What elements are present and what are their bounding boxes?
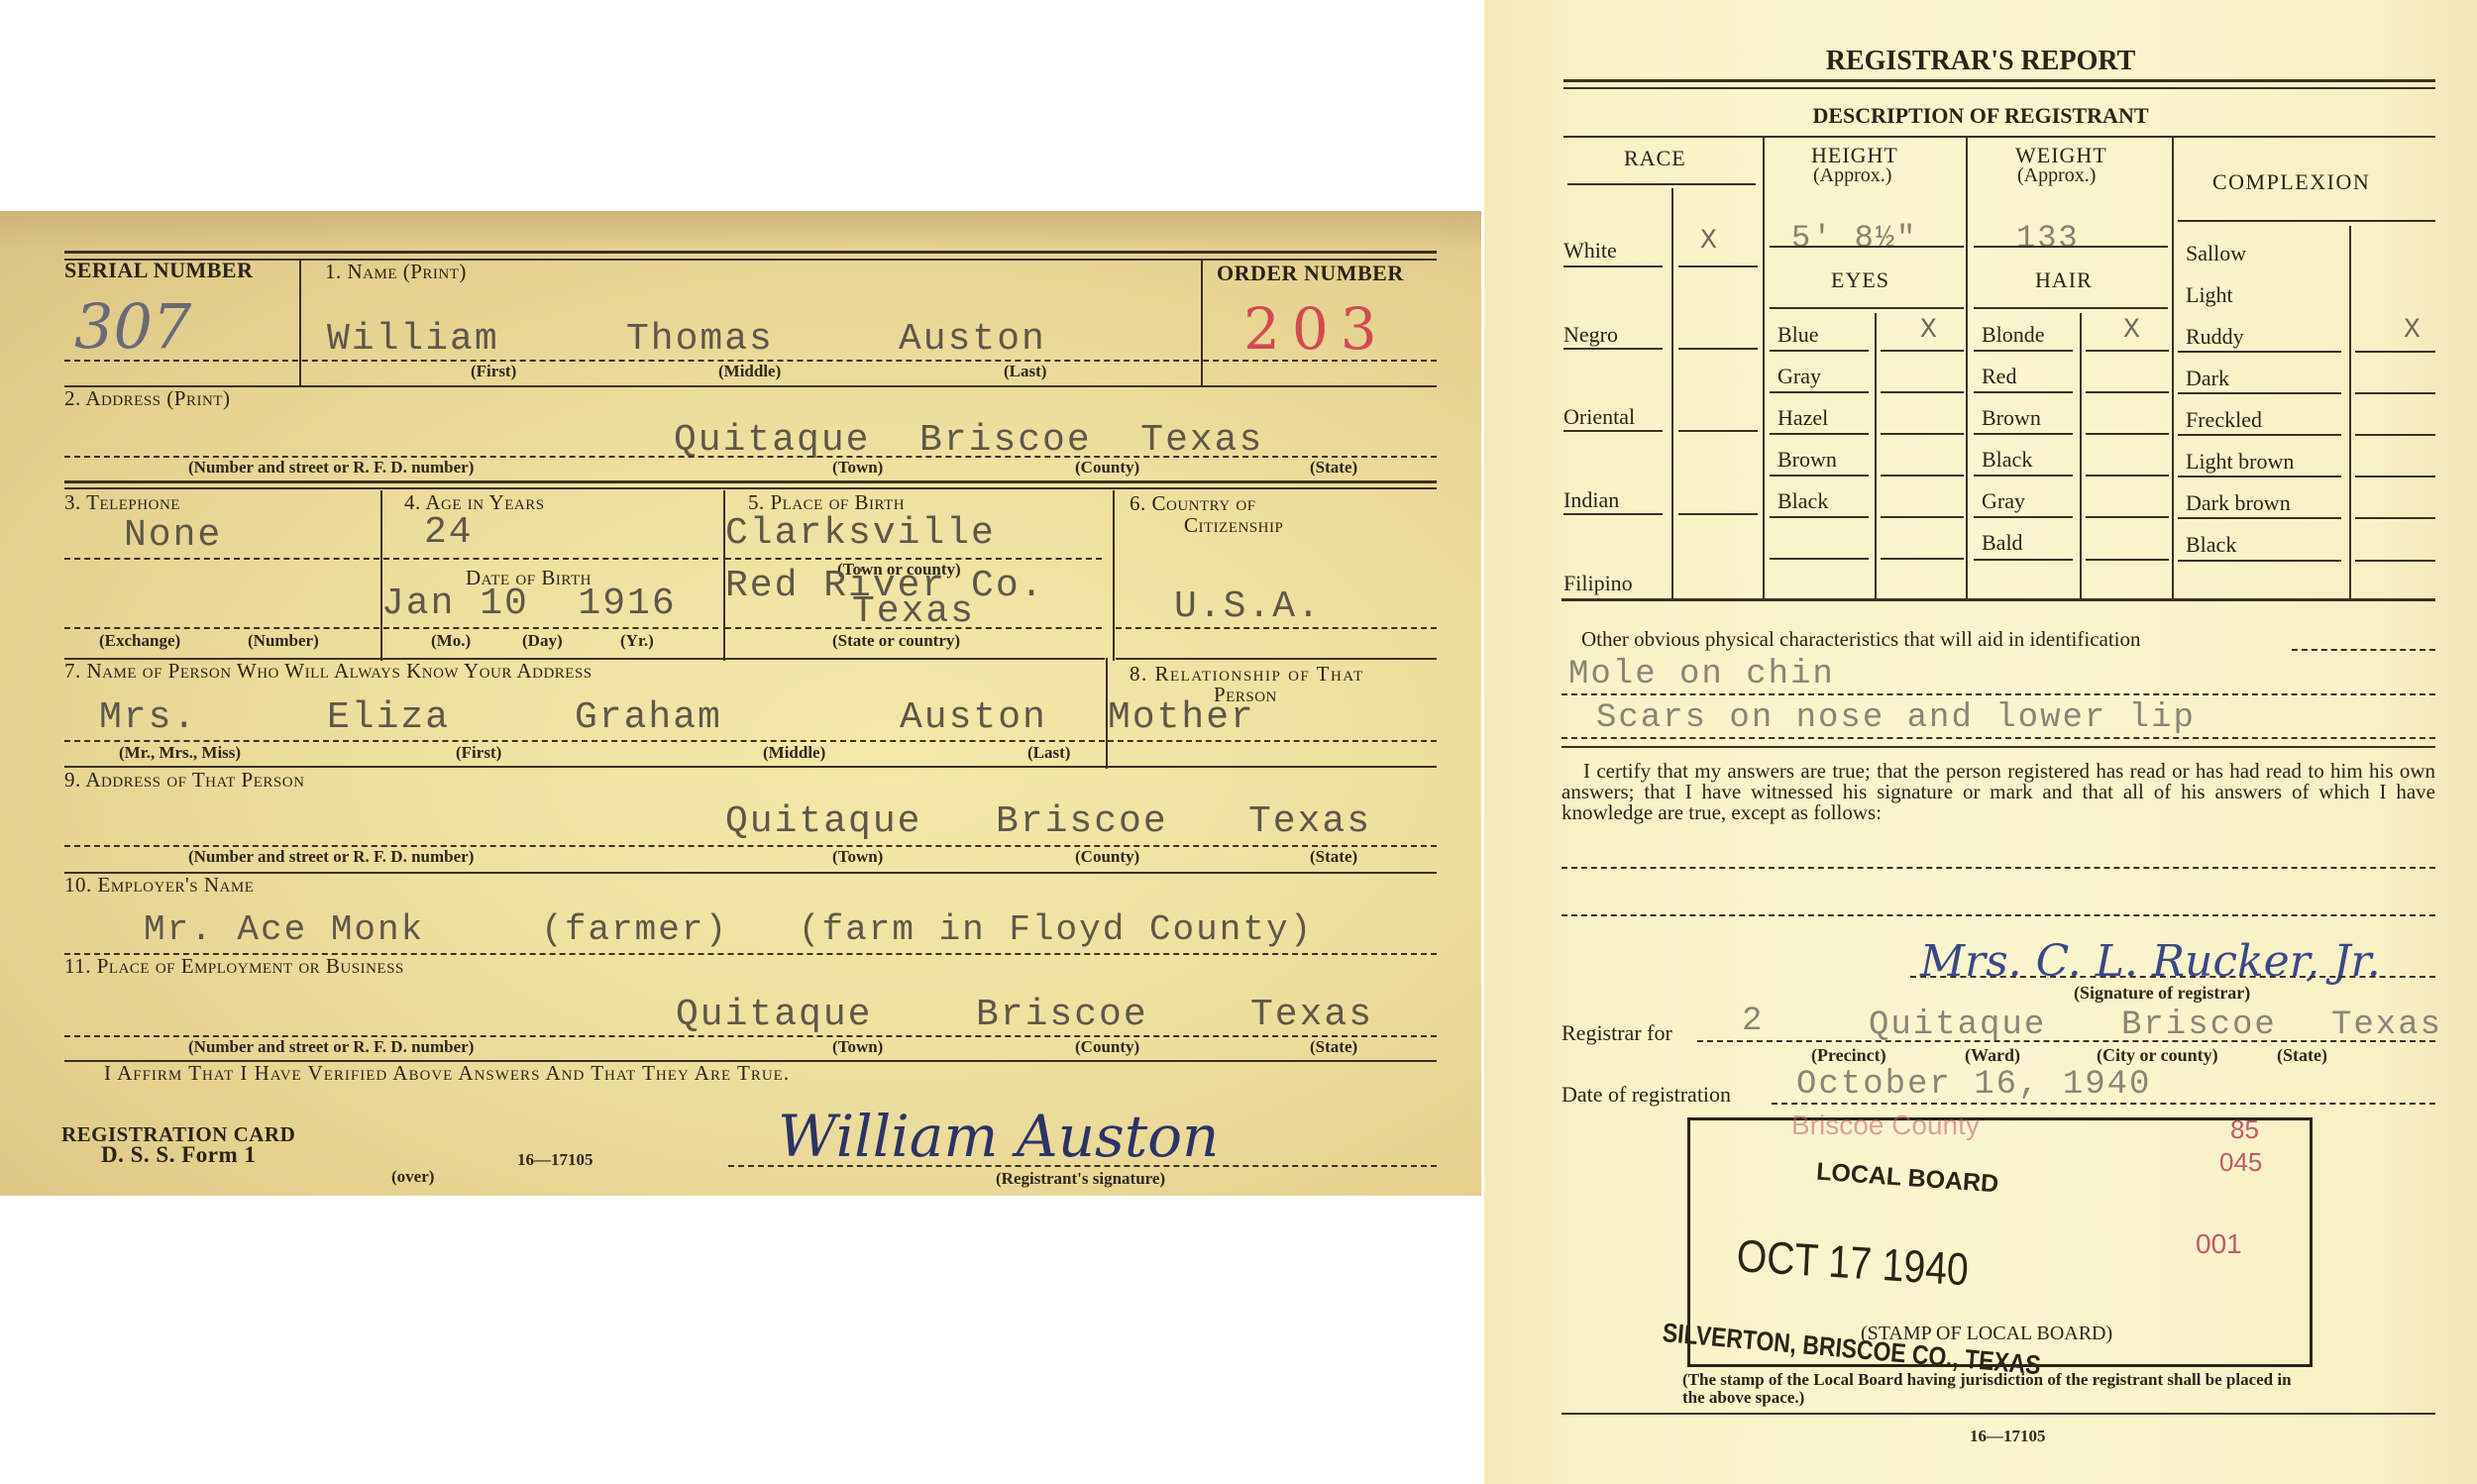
year-caption: (Yr.) bbox=[620, 631, 654, 651]
weight-value: 133 bbox=[2016, 220, 2080, 257]
eyes-header: EYES bbox=[1831, 267, 1889, 293]
complexion-check-mark: X bbox=[2404, 315, 2421, 346]
dotted-line bbox=[2292, 649, 2435, 651]
complexion-option-ruddy: Ruddy bbox=[2186, 324, 2244, 350]
registration-card-front: SERIAL NUMBER 307 1. Name (Print) Willia… bbox=[0, 211, 1481, 1196]
address-label: 2. Address (Print) bbox=[64, 386, 230, 411]
divider bbox=[1974, 350, 2073, 352]
divider bbox=[1562, 746, 2435, 748]
divider bbox=[64, 487, 1437, 489]
dotted-line bbox=[1562, 737, 2435, 739]
employer-value: Mr. Ace Monk (farmer) (farm in Floyd Cou… bbox=[144, 909, 1313, 950]
characteristic-line-2: Scars on nose and lower lip bbox=[1596, 699, 2196, 737]
contact-address-town: Quitaque bbox=[725, 800, 921, 843]
over-note: (over) bbox=[391, 1167, 434, 1187]
hair-check-mark: X bbox=[2123, 315, 2140, 346]
eye-option-hazel: Hazel bbox=[1777, 405, 1828, 431]
complexion-option-sallow: Sallow bbox=[2186, 241, 2246, 266]
hair-option-black: Black bbox=[1982, 447, 2032, 473]
divider bbox=[64, 872, 1437, 874]
height-value: 5' 8½" bbox=[1791, 220, 1917, 257]
city-caption: (City or county) bbox=[2097, 1045, 2218, 1066]
dotted-line bbox=[1108, 740, 1437, 742]
eye-option-gray: Gray bbox=[1777, 364, 1821, 389]
divider bbox=[2178, 517, 2341, 519]
divider bbox=[2086, 559, 2169, 561]
dotted-line bbox=[64, 740, 1105, 742]
employment-county: Briscoe bbox=[976, 994, 1148, 1036]
divider bbox=[1671, 188, 1673, 598]
complexion-option-dark-brown: Dark brown bbox=[2186, 490, 2291, 516]
dotted-line bbox=[1910, 976, 2435, 978]
telephone-label: 3. Telephone bbox=[64, 490, 180, 515]
number-caption: (Number) bbox=[248, 631, 319, 651]
name-last: Auston bbox=[899, 318, 1046, 361]
divider bbox=[2080, 313, 2082, 598]
divider bbox=[1562, 598, 2435, 601]
dotted-line bbox=[1562, 914, 2435, 916]
divider bbox=[1563, 136, 2435, 138]
height-approx: (Approx.) bbox=[1813, 164, 1891, 187]
registrar-county: Briscoe bbox=[2121, 1007, 2277, 1044]
divider bbox=[2178, 351, 2341, 353]
divider bbox=[2172, 138, 2174, 598]
divider bbox=[1974, 559, 2073, 561]
employment-street-caption: (Number and street or R. F. D. number) bbox=[188, 1037, 474, 1057]
citizenship-label-2: Citizenship bbox=[1184, 513, 1283, 538]
signature-caption: (Registrant's signature) bbox=[996, 1169, 1165, 1189]
hair-option-gray: Gray bbox=[1982, 488, 2025, 514]
divider bbox=[1974, 475, 2073, 477]
certification-text: I certify that my answers are true; that… bbox=[1562, 761, 2435, 823]
dotted-line bbox=[1116, 627, 1437, 629]
contact-address-label: 9. Address of That Person bbox=[64, 768, 304, 793]
month-caption: (Mo.) bbox=[431, 631, 471, 651]
divider bbox=[1881, 433, 1964, 435]
birth-town: Clarksville bbox=[725, 512, 996, 555]
description-title: DESCRIPTION OF REGISTRANT bbox=[1484, 103, 2477, 129]
divider bbox=[64, 385, 1437, 387]
day-caption: (Day) bbox=[522, 631, 563, 651]
complexion-option-freckled: Freckled bbox=[2186, 407, 2262, 433]
name-first: William bbox=[327, 318, 499, 361]
print-code: 16—17105 bbox=[517, 1150, 593, 1170]
divider bbox=[380, 490, 382, 661]
divider bbox=[64, 251, 1437, 254]
race-option-negro: Negro bbox=[1563, 322, 1618, 348]
employment-county-caption: (County) bbox=[1075, 1037, 1139, 1057]
birth-state-caption: (State or country) bbox=[832, 631, 960, 651]
divider bbox=[1974, 433, 2073, 435]
address-county-caption: (County) bbox=[1075, 458, 1139, 477]
divider bbox=[1763, 138, 1765, 598]
name-label: 1. Name (Print) bbox=[325, 260, 467, 284]
divider bbox=[1875, 313, 1877, 598]
divider bbox=[1113, 490, 1115, 661]
divider bbox=[2349, 226, 2351, 598]
race-header: RACE bbox=[1624, 146, 1686, 171]
divider bbox=[2178, 392, 2341, 394]
contact-town-caption: (Town) bbox=[832, 847, 883, 867]
divider bbox=[2355, 517, 2435, 519]
stamp-note: (The stamp of the Local Board having jur… bbox=[1682, 1371, 2316, 1407]
divider bbox=[1966, 138, 1968, 598]
divider bbox=[299, 259, 301, 387]
divider bbox=[2178, 560, 2341, 562]
divider bbox=[1881, 350, 1964, 352]
divider bbox=[1678, 348, 1758, 350]
race-option-indian: Indian bbox=[1563, 487, 1619, 513]
divider bbox=[2178, 476, 2341, 477]
divider bbox=[1770, 516, 1869, 518]
divider bbox=[1770, 475, 1869, 477]
contact-title-caption: (Mr., Mrs., Miss) bbox=[119, 743, 241, 763]
date-of-registration-value: October 16, 1940 bbox=[1796, 1066, 2151, 1104]
complexion-header: COMPLEXION bbox=[2212, 169, 2370, 195]
divider bbox=[64, 480, 1437, 483]
name-middle: Thomas bbox=[626, 318, 774, 361]
address-state-caption: (State) bbox=[1310, 458, 1357, 477]
name-last-caption: (Last) bbox=[1004, 362, 1046, 381]
date-of-birth-value: Jan 10 1916 bbox=[381, 583, 677, 625]
hair-option-red: Red bbox=[1982, 364, 2016, 389]
contact-county-caption: (County) bbox=[1075, 847, 1139, 867]
registrant-signature: William Auston bbox=[778, 1103, 1219, 1170]
divider bbox=[2086, 350, 2169, 352]
divider bbox=[2086, 516, 2169, 518]
red-stamp-code-2: 045 bbox=[2219, 1147, 2262, 1178]
state-caption: (State) bbox=[2277, 1045, 2327, 1066]
dotted-line bbox=[64, 627, 718, 629]
complexion-option-dark: Dark bbox=[2186, 366, 2229, 391]
divider bbox=[1881, 475, 1964, 477]
ward-caption: (Ward) bbox=[1965, 1045, 2020, 1066]
divider bbox=[2355, 434, 2435, 436]
name-middle-caption: (Middle) bbox=[718, 362, 781, 381]
employment-town: Quitaque bbox=[676, 994, 872, 1036]
contact-title: Mrs. bbox=[99, 696, 197, 739]
divider bbox=[1563, 430, 1663, 432]
dotted-line bbox=[725, 627, 1102, 629]
divider bbox=[1563, 348, 1663, 350]
contact-address-county: Briscoe bbox=[996, 800, 1168, 843]
divider bbox=[1974, 391, 2073, 393]
divider bbox=[2355, 476, 2435, 477]
divider bbox=[2178, 434, 2341, 436]
registrar-precinct: 2 bbox=[1742, 1003, 1764, 1040]
divider bbox=[1770, 246, 1964, 248]
divider bbox=[1881, 516, 1964, 518]
divider bbox=[1974, 307, 2168, 309]
age-value: 24 bbox=[424, 511, 474, 554]
address-street-caption: (Number and street or R. F. D. number) bbox=[188, 458, 474, 477]
relationship-value: Mother bbox=[1108, 696, 1255, 739]
form-id: D. S. S. Form 1 bbox=[101, 1142, 256, 1168]
hair-option-bald: Bald bbox=[1982, 530, 2023, 556]
contact-street-caption: (Number and street or R. F. D. number) bbox=[188, 847, 474, 867]
registrar-for-label: Registrar for bbox=[1562, 1020, 1672, 1046]
dotted-line bbox=[1562, 693, 2435, 695]
contact-first-caption: (First) bbox=[456, 743, 501, 763]
registrar-signature-caption: (Signature of registrar) bbox=[2074, 983, 2250, 1004]
employment-state-caption: (State) bbox=[1310, 1037, 1357, 1057]
divider bbox=[1974, 516, 2073, 518]
contact-state-caption: (State) bbox=[1310, 847, 1357, 867]
contact-middle-caption: (Middle) bbox=[763, 743, 825, 763]
employment-place-label: 11. Place of Employment or Business bbox=[64, 954, 404, 979]
eye-option-black: Black bbox=[1777, 488, 1828, 514]
divider bbox=[1770, 391, 1869, 393]
hair-header: HAIR bbox=[2035, 267, 2093, 293]
divider bbox=[2086, 391, 2169, 393]
eye-check-mark: X bbox=[1920, 315, 1937, 346]
contact-last: Auston bbox=[900, 696, 1047, 739]
registrars-report-back: REGISTRAR'S REPORT DESCRIPTION OF REGIST… bbox=[1484, 0, 2477, 1484]
divider bbox=[2355, 560, 2435, 562]
dotted-line bbox=[1772, 1103, 2435, 1105]
address-town-caption: (Town) bbox=[832, 458, 883, 477]
divider bbox=[1567, 183, 1756, 185]
telephone-value: None bbox=[124, 514, 222, 557]
divider bbox=[1974, 246, 2168, 248]
citizenship-value: U.S.A. bbox=[1174, 585, 1322, 628]
other-characteristics-label: Other obvious physical characteristics t… bbox=[1581, 627, 2141, 652]
dotted-line bbox=[728, 1165, 1437, 1167]
divider bbox=[2086, 475, 2169, 477]
report-title: REGISTRAR'S REPORT bbox=[1484, 46, 2477, 77]
divider bbox=[1563, 513, 1663, 515]
race-check-mark: X bbox=[1700, 226, 1717, 257]
divider bbox=[1201, 259, 1203, 387]
divider bbox=[1770, 558, 1869, 560]
divider bbox=[1770, 350, 1869, 352]
precinct-caption: (Precinct) bbox=[1811, 1045, 1886, 1066]
name-first-caption: (First) bbox=[471, 362, 516, 381]
employment-town-caption: (Town) bbox=[832, 1037, 883, 1057]
serial-number-value: 307 bbox=[74, 290, 191, 363]
dotted-line bbox=[1562, 867, 2435, 869]
order-number-label: ORDER NUMBER bbox=[1217, 261, 1404, 286]
complexion-option-black: Black bbox=[2186, 532, 2236, 558]
divider bbox=[2178, 220, 2435, 222]
divider bbox=[1770, 307, 1964, 309]
contact-first: Eliza bbox=[327, 696, 450, 739]
divider bbox=[1678, 513, 1758, 515]
race-option-oriental: Oriental bbox=[1563, 404, 1635, 430]
date-of-registration-label: Date of registration bbox=[1562, 1082, 1731, 1108]
employer-label: 10. Employer's Name bbox=[64, 873, 254, 898]
divider bbox=[2086, 433, 2169, 435]
red-stamp-code-1: 85 bbox=[2230, 1114, 2259, 1145]
complexion-option-light-brown: Light brown bbox=[2186, 449, 2294, 475]
characteristic-line-1: Mole on chin bbox=[1568, 656, 1835, 693]
eye-option-blue: Blue bbox=[1777, 322, 1819, 348]
registrar-city: Quitaque bbox=[1869, 1007, 2046, 1044]
race-option-white: White bbox=[1563, 238, 1617, 264]
divider bbox=[1563, 265, 1663, 267]
serial-number-label: SERIAL NUMBER bbox=[64, 258, 253, 283]
red-stamp-county: Briscoe County bbox=[1791, 1110, 1980, 1141]
contact-person-label: 7. Name of Person Who Will Always Know Y… bbox=[64, 659, 592, 684]
employment-state: Texas bbox=[1250, 994, 1373, 1036]
hair-option-brown: Brown bbox=[1982, 405, 2041, 431]
complexion-option-light: Light bbox=[2186, 282, 2233, 308]
divider bbox=[1678, 430, 1758, 432]
contact-middle: Graham bbox=[575, 696, 722, 739]
contact-last-caption: (Last) bbox=[1027, 743, 1070, 763]
divider bbox=[1116, 658, 1437, 660]
exchange-caption: (Exchange) bbox=[99, 631, 180, 651]
order-number-value: 203 bbox=[1243, 295, 1389, 363]
divider bbox=[1770, 433, 1869, 435]
registrar-signature: Mrs. C. L. Rucker, Jr. bbox=[1920, 936, 2381, 987]
affirmation-text: I Affirm That I Have Verified Above Answ… bbox=[104, 1061, 790, 1086]
divider bbox=[1678, 265, 1758, 267]
divider bbox=[1881, 391, 1964, 393]
divider bbox=[2355, 351, 2435, 353]
divider bbox=[2355, 392, 2435, 394]
eye-option-brown: Brown bbox=[1777, 447, 1837, 473]
red-stamp-code-3: 001 bbox=[2196, 1228, 2242, 1260]
divider bbox=[1881, 558, 1964, 560]
contact-address-state: Texas bbox=[1248, 800, 1371, 843]
divider bbox=[1563, 87, 2435, 89]
race-option-filipino: Filipino bbox=[1563, 571, 1633, 596]
registrar-state: Texas bbox=[2331, 1007, 2442, 1044]
divider bbox=[1563, 79, 2435, 82]
weight-approx: (Approx.) bbox=[2017, 164, 2096, 187]
report-print-code: 16—17105 bbox=[1970, 1427, 2046, 1446]
divider bbox=[1562, 1413, 2435, 1415]
hair-option-blonde: Blonde bbox=[1982, 322, 2045, 348]
dotted-line bbox=[1697, 1040, 2435, 1042]
dotted-line bbox=[64, 558, 718, 560]
